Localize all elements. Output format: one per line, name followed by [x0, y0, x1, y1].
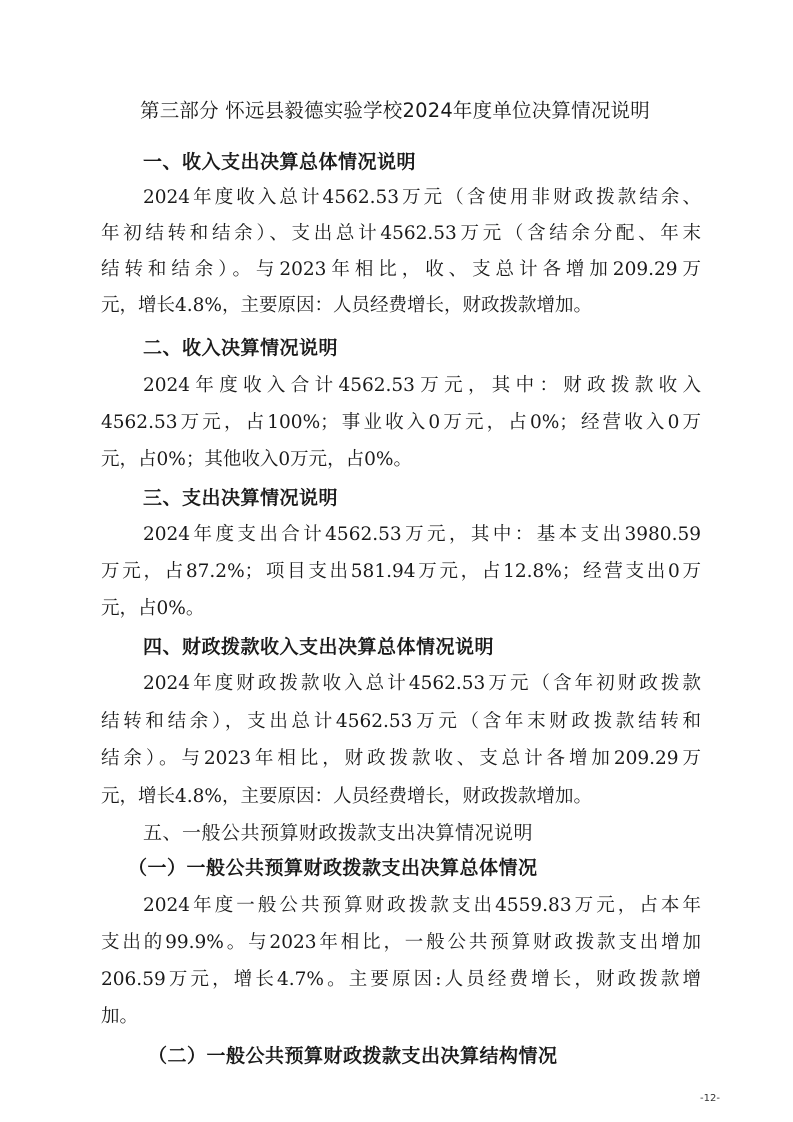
paragraph-line: 2024年度支出合计4562.53万元，其中：基本支出3980.59 [143, 521, 701, 549]
paragraph-line: 4562.53万元，占100%；事业收入0万元，占0%；经营收入0万 [101, 409, 701, 437]
section-heading-5: 五、一般公共预算财政拨款支出决算情况说明 [143, 819, 533, 847]
paragraph-line: 加。 [101, 1003, 701, 1031]
paragraph-line: 结转和结余），支出总计4562.53万元（含年末财政拨款结转和 [101, 708, 701, 736]
paragraph-line: 元，占0%。 [101, 595, 701, 623]
page-title: 第三部分 怀远县毅德实验学校2024年度单位决算情况说明 [140, 97, 700, 125]
subsection-heading-5-2: （二）一般公共预算财政拨款支出决算结构情况 [148, 1042, 558, 1070]
paragraph-line: 万元，占87.2%；项目支出581.94万元，占12.8%；经营支出0万 [101, 558, 701, 586]
paragraph-line: 2024年度收入合计4562.53万元，其中：财政拨款收入 [143, 372, 701, 400]
subsection-heading-5-1: （一）一般公共预算财政拨款支出决算总体情况 [128, 854, 538, 882]
paragraph-line: 元，占0%；其他收入0万元，占0%。 [101, 446, 701, 474]
section-heading-1: 一、收入支出决算总体情况说明 [143, 148, 416, 176]
section-heading-2: 二、收入决算情况说明 [143, 334, 338, 362]
paragraph-line: 2024年度一般公共预算财政拨款支出4559.83万元，占本年 [143, 892, 701, 920]
paragraph-line: 元，增长4.8%，主要原因：人员经费增长，财政拨款增加。 [101, 292, 701, 320]
paragraph-line: 206.59万元，增长4.7%。主要原因:人员经费增长，财政拨款增 [101, 966, 701, 994]
section-heading-3: 三、支出决算情况说明 [143, 484, 338, 512]
paragraph-line: 结转和结余）。与2023年相比，收、支总计各增加209.29万 [101, 256, 701, 284]
paragraph-line: 年初结转和结余）、支出总计4562.53万元（含结余分配、年末 [101, 220, 701, 248]
paragraph-line: 结余）。与2023年相比，财政拨款收、支总计各增加209.29万 [101, 745, 701, 773]
paragraph-line: 2024年度财政拨款收入总计4562.53万元（含年初财政拨款 [143, 670, 701, 698]
page-number: -12- [700, 1093, 720, 1104]
paragraph-line: 2024年度收入总计4562.53万元（含使用非财政拨款结余、 [143, 184, 701, 212]
paragraph-line: 支出的99.9%。与2023年相比，一般公共预算财政拨款支出增加 [101, 929, 701, 957]
section-heading-4: 四、财政拨款收入支出决算总体情况说明 [143, 633, 494, 661]
paragraph-line: 元，增长4.8%，主要原因：人员经费增长，财政拨款增加。 [101, 783, 701, 811]
document-page: 第三部分 怀远县毅德实验学校2024年度单位决算情况说明 一、收入支出决算总体情… [0, 0, 793, 1122]
